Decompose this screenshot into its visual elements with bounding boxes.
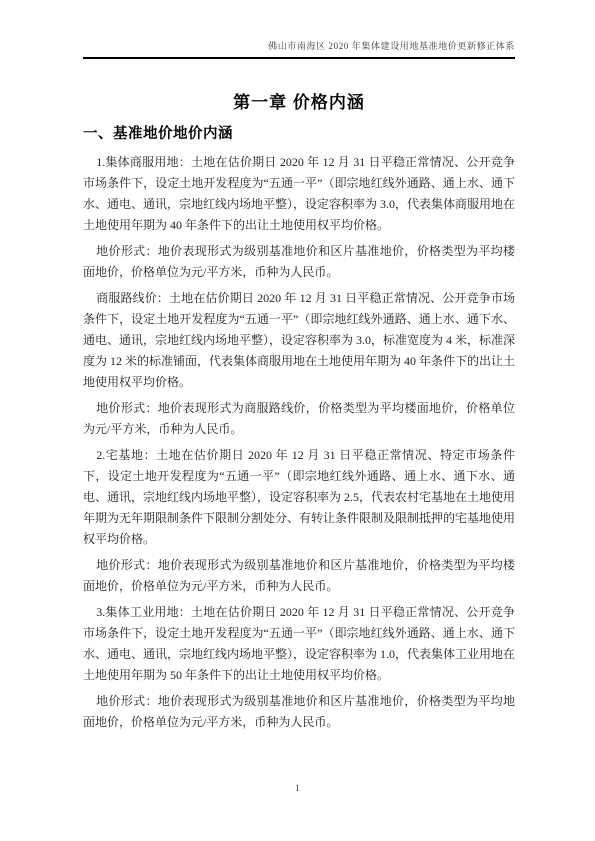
paragraph-industrial-land: 3.集体工业用地：土地在估价期日 2020 年 12 月 31 日平稳正常情况、… bbox=[83, 602, 515, 686]
running-header: 佛山市南海区 2020 年集体建设用地基准地价更新修正体系 bbox=[83, 40, 515, 59]
paragraph-commercial-land-price-form: 地价形式：地价表现形式为级别基准地价和区片基准地价，价格类型为平均楼面地价，价格… bbox=[83, 241, 515, 283]
paragraph-homestead-land: 2.宅基地：土地在估价期日 2020 年 12 月 31 日平稳正常情况、特定市… bbox=[83, 445, 515, 550]
chapter-title: 第一章 价格内涵 bbox=[83, 92, 515, 114]
paragraph-industrial-price-form: 地价形式：地价表现形式为级别基准地价和区片基准地价，价格类型为平均地面地价，价格… bbox=[83, 691, 515, 733]
body-text: 1.集体商服用地：土地在估价期日 2020 年 12 月 31 日平稳正常情况、… bbox=[83, 152, 515, 733]
page-number: 1 bbox=[0, 783, 595, 793]
paragraph-commercial-route-price: 商服路线价：土地在估价期日 2020 年 12 月 31 日平稳正常情况、公开竞… bbox=[83, 288, 515, 393]
paragraph-commercial-route-price-form: 地价形式：地价表现形式为商服路线价，价格类型为平均楼面地价，价格单位为元/平方米… bbox=[83, 398, 515, 440]
running-header-text: 佛山市南海区 2020 年集体建设用地基准地价更新修正体系 bbox=[268, 41, 515, 51]
section-heading: 一、基准地价地价内涵 bbox=[83, 124, 515, 144]
document-page: 佛山市南海区 2020 年集体建设用地基准地价更新修正体系 第一章 价格内涵 一… bbox=[0, 0, 595, 841]
paragraph-commercial-land: 1.集体商服用地：土地在估价期日 2020 年 12 月 31 日平稳正常情况、… bbox=[83, 152, 515, 236]
paragraph-homestead-price-form: 地价形式：地价表现形式为级别基准地价和区片基准地价，价格类型为平均楼面地价，价格… bbox=[83, 555, 515, 597]
